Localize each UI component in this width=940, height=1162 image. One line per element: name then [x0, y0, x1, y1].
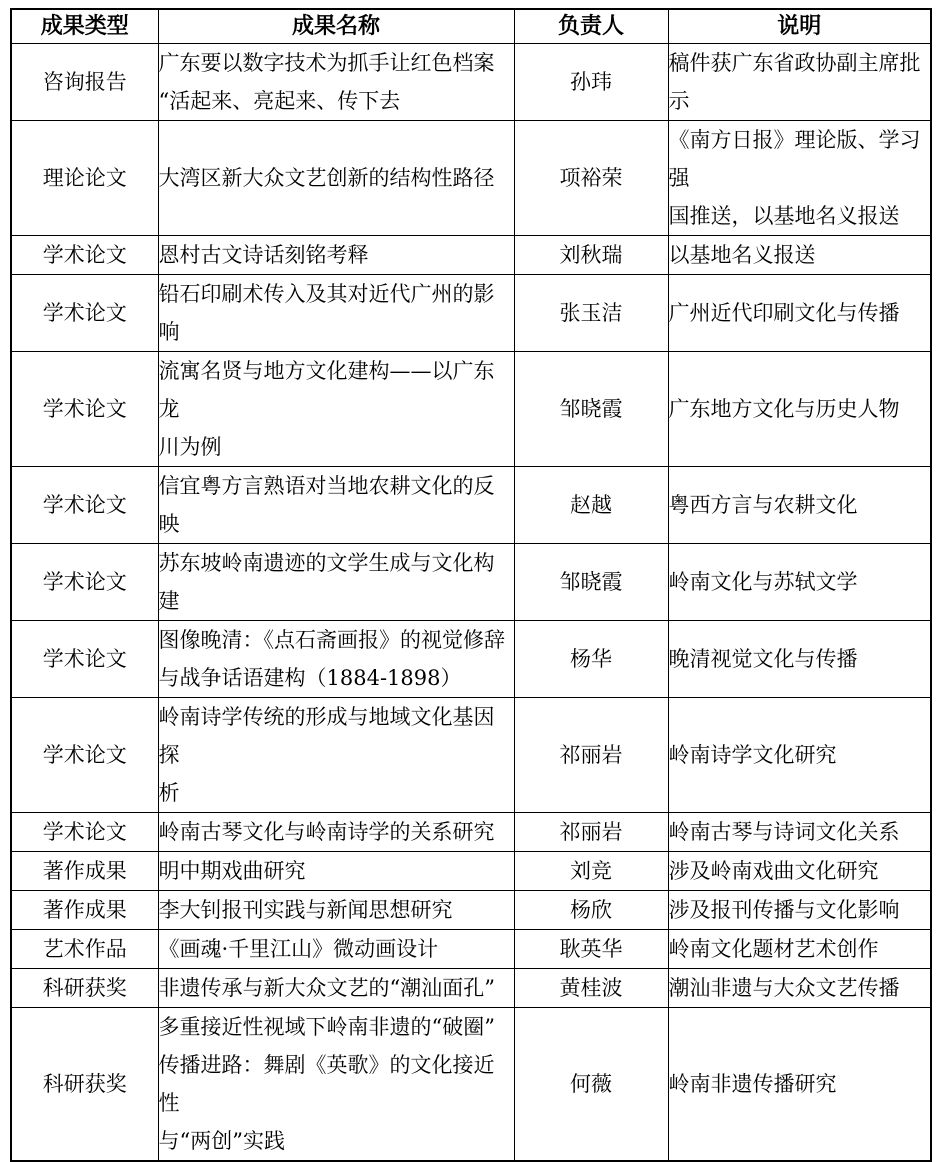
cell-name: 恩村古文诗话刻铭考释	[158, 236, 514, 275]
cell-person: 何薇	[514, 1008, 668, 1162]
cell-person: 刘竞	[514, 852, 668, 891]
cell-note: 《南方日报》理论版、学习强 国推送，以基地名义报送	[668, 121, 931, 236]
cell-person: 孙玮	[514, 44, 668, 121]
cell-type: 学术论文	[11, 467, 158, 544]
cell-type: 学术论文	[11, 621, 158, 698]
cell-name: 岭南诗学传统的形成与地域文化基因探 析	[158, 698, 514, 813]
cell-type: 科研获奖	[11, 1008, 158, 1162]
cell-name: 多重接近性视域下岭南非遗的“破圈” 传播进路：舞剧《英歌》的文化接近性 与“两创…	[158, 1008, 514, 1162]
cell-note: 广州近代印刷文化与传播	[668, 275, 931, 352]
column-header-type: 成果类型	[11, 9, 158, 44]
cell-type: 学术论文	[11, 813, 158, 852]
cell-type: 学术论文	[11, 352, 158, 467]
cell-name: 明中期戏曲研究	[158, 852, 514, 891]
table-row: 学术论文图像晚清：《点石斋画报》的视觉修辞 与战争话语建构（1884-1898）…	[11, 621, 931, 698]
table-row: 著作成果李大钊报刊实践与新闻思想研究杨欣涉及报刊传播与文化影响	[11, 891, 931, 930]
cell-name: 苏东坡岭南遗迹的文学生成与文化构建	[158, 544, 514, 621]
cell-type: 学术论文	[11, 275, 158, 352]
cell-note: 涉及报刊传播与文化影响	[668, 891, 931, 930]
cell-note: 岭南文化题材艺术创作	[668, 930, 931, 969]
table-row: 艺术作品《画魂·千里江山》微动画设计耿英华岭南文化题材艺术创作	[11, 930, 931, 969]
cell-note: 粤西方言与农耕文化	[668, 467, 931, 544]
cell-person: 杨欣	[514, 891, 668, 930]
column-header-person: 负责人	[514, 9, 668, 44]
table-row: 学术论文岭南古琴文化与岭南诗学的关系研究祁丽岩岭南古琴与诗词文化关系	[11, 813, 931, 852]
cell-note: 以基地名义报送	[668, 236, 931, 275]
results-table: 成果类型成果名称负责人说明 咨询报告广东要以数字技术为抓手让红色档案 “活起来、…	[10, 8, 932, 1162]
cell-name: 李大钊报刊实践与新闻思想研究	[158, 891, 514, 930]
cell-note: 晚清视觉文化与传播	[668, 621, 931, 698]
table-row: 学术论文信宜粤方言熟语对当地农耕文化的反映赵越粤西方言与农耕文化	[11, 467, 931, 544]
cell-person: 耿英华	[514, 930, 668, 969]
cell-person: 邹晓霞	[514, 352, 668, 467]
cell-name: 大湾区新大众文艺创新的结构性路径	[158, 121, 514, 236]
cell-type: 学术论文	[11, 544, 158, 621]
cell-person: 祁丽岩	[514, 698, 668, 813]
cell-name: 非遗传承与新大众文艺的“潮汕面孔”	[158, 969, 514, 1008]
cell-type: 科研获奖	[11, 969, 158, 1008]
cell-name: 《画魂·千里江山》微动画设计	[158, 930, 514, 969]
cell-name: 流寓名贤与地方文化建构——以广东龙 川为例	[158, 352, 514, 467]
cell-type: 著作成果	[11, 852, 158, 891]
cell-name: 岭南古琴文化与岭南诗学的关系研究	[158, 813, 514, 852]
cell-name: 铅石印刷术传入及其对近代广州的影响	[158, 275, 514, 352]
cell-person: 赵越	[514, 467, 668, 544]
cell-type: 咨询报告	[11, 44, 158, 121]
cell-person: 黄桂波	[514, 969, 668, 1008]
table-row: 学术论文铅石印刷术传入及其对近代广州的影响张玉洁广州近代印刷文化与传播	[11, 275, 931, 352]
cell-type: 学术论文	[11, 236, 158, 275]
cell-type: 著作成果	[11, 891, 158, 930]
cell-name: 信宜粤方言熟语对当地农耕文化的反映	[158, 467, 514, 544]
column-header-note: 说明	[668, 9, 931, 44]
cell-person: 张玉洁	[514, 275, 668, 352]
cell-note: 广东地方文化与历史人物	[668, 352, 931, 467]
cell-note: 稿件获广东省政协副主席批 示	[668, 44, 931, 121]
table-row: 学术论文苏东坡岭南遗迹的文学生成与文化构建邹晓霞岭南文化与苏轼文学	[11, 544, 931, 621]
cell-type: 理论论文	[11, 121, 158, 236]
cell-person: 祁丽岩	[514, 813, 668, 852]
cell-note: 岭南诗学文化研究	[668, 698, 931, 813]
table-header-row: 成果类型成果名称负责人说明	[11, 9, 931, 44]
cell-note: 岭南非遗传播研究	[668, 1008, 931, 1162]
results-table-container: 成果类型成果名称负责人说明 咨询报告广东要以数字技术为抓手让红色档案 “活起来、…	[10, 8, 932, 1162]
cell-type: 艺术作品	[11, 930, 158, 969]
table-head: 成果类型成果名称负责人说明	[11, 9, 931, 44]
table-row: 理论论文大湾区新大众文艺创新的结构性路径项裕荣《南方日报》理论版、学习强 国推送…	[11, 121, 931, 236]
table-row: 学术论文恩村古文诗话刻铭考释刘秋瑞以基地名义报送	[11, 236, 931, 275]
table-row: 咨询报告广东要以数字技术为抓手让红色档案 “活起来、亮起来、传下去孙玮稿件获广东…	[11, 44, 931, 121]
column-header-name: 成果名称	[158, 9, 514, 44]
table-row: 学术论文流寓名贤与地方文化建构——以广东龙 川为例邹晓霞广东地方文化与历史人物	[11, 352, 931, 467]
cell-person: 项裕荣	[514, 121, 668, 236]
cell-name: 广东要以数字技术为抓手让红色档案 “活起来、亮起来、传下去	[158, 44, 514, 121]
cell-person: 刘秋瑞	[514, 236, 668, 275]
cell-note: 潮汕非遗与大众文艺传播	[668, 969, 931, 1008]
table-body: 咨询报告广东要以数字技术为抓手让红色档案 “活起来、亮起来、传下去孙玮稿件获广东…	[11, 44, 931, 1162]
cell-type: 学术论文	[11, 698, 158, 813]
table-row: 学术论文岭南诗学传统的形成与地域文化基因探 析祁丽岩岭南诗学文化研究	[11, 698, 931, 813]
cell-note: 涉及岭南戏曲文化研究	[668, 852, 931, 891]
cell-note: 岭南古琴与诗词文化关系	[668, 813, 931, 852]
table-row: 著作成果明中期戏曲研究刘竞涉及岭南戏曲文化研究	[11, 852, 931, 891]
cell-name: 图像晚清：《点石斋画报》的视觉修辞 与战争话语建构（1884-1898）	[158, 621, 514, 698]
table-row: 科研获奖非遗传承与新大众文艺的“潮汕面孔”黄桂波潮汕非遗与大众文艺传播	[11, 969, 931, 1008]
table-row: 科研获奖多重接近性视域下岭南非遗的“破圈” 传播进路：舞剧《英歌》的文化接近性 …	[11, 1008, 931, 1162]
cell-person: 邹晓霞	[514, 544, 668, 621]
cell-person: 杨华	[514, 621, 668, 698]
cell-note: 岭南文化与苏轼文学	[668, 544, 931, 621]
